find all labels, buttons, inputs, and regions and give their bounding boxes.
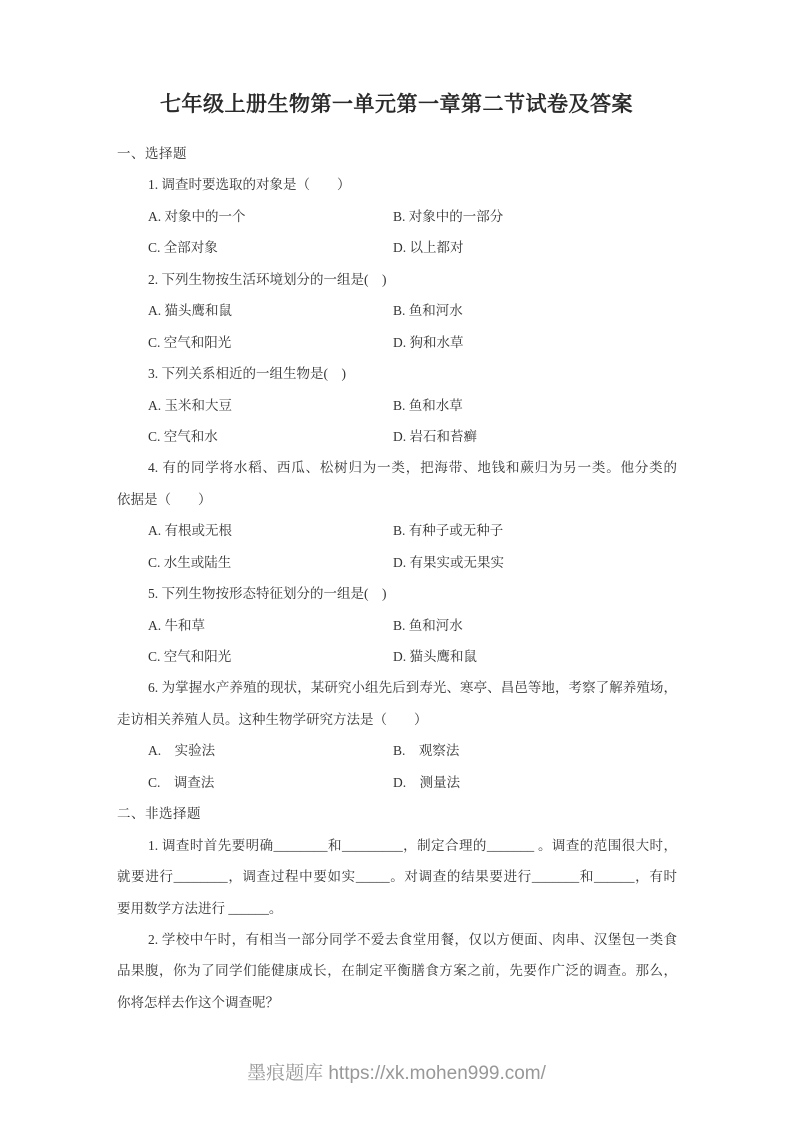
q2-option-b: B. 鱼和河水 [393,295,677,326]
q5-options-ab: A. 牛和草 B. 鱼和河水 [117,610,677,641]
s2-q1-line3: 要用数学方法进行 ______。 [117,893,677,924]
q4-option-d: D. 有果实或无果实 [393,547,677,578]
q2-option-c: C. 空气和阳光 [148,327,393,358]
q1-options-cd: C. 全部对象 D. 以上都对 [117,232,677,263]
q3-option-a: A. 玉米和大豆 [148,390,393,421]
q2-option-d: D. 狗和水草 [393,327,677,358]
q5-option-c: C. 空气和阳光 [148,641,393,672]
page-title: 七年级上册生物第一单元第一章第二节试卷及答案 [0,88,793,120]
q3-option-c: C. 空气和水 [148,421,393,452]
q5-option-d: D. 猫头鹰和鼠 [393,641,677,672]
s2-q1-line1: 1. 调查时首先要明确________和_________，制定合理的_____… [117,830,677,861]
q3-option-b: B. 鱼和水草 [393,390,677,421]
q3-options-ab: A. 玉米和大豆 B. 鱼和水草 [117,390,677,421]
s2-q1-line2: 就要进行________，调查过程中要如实_____。对调查的结果要进行____… [117,861,677,892]
q2-options-ab: A. 猫头鹰和鼠 B. 鱼和河水 [117,295,677,326]
q6-stem-line1: 6. 为掌握水产养殖的现状，某研究小组先后到寿光、寒亭、昌邑等地，考察了解养殖场… [117,672,677,703]
q5-option-a: A. 牛和草 [148,610,393,641]
q2-stem: 2. 下列生物按生活环境划分的一组是( ) [117,264,677,295]
q1-option-a: A. 对象中的一个 [148,201,393,232]
q4-options-cd: C. 水生或陆生 D. 有果实或无果实 [117,547,677,578]
s2-q2-line3: 你将怎样去作这个调查呢？ [117,987,677,1018]
exam-content: 一、选择题 1. 调查时要选取的对象是（ ） A. 对象中的一个 B. 对象中的… [117,138,677,1018]
s2-q2-line1: 2. 学校中午时，有相当一部分同学不爱去食堂用餐，仅以方便面、肉串、汉堡包一类食 [117,924,677,955]
q6-option-b: B. 观察法 [393,735,677,766]
q1-stem: 1. 调查时要选取的对象是（ ） [117,169,677,200]
q1-options-ab: A. 对象中的一个 B. 对象中的一部分 [117,201,677,232]
q4-option-c: C. 水生或陆生 [148,547,393,578]
q4-stem-line1: 4. 有的同学将水稻、西瓜、松树归为一类，把海带、地钱和蕨归为另一类。他分类的 [117,452,677,483]
q4-option-a: A. 有根或无根 [148,515,393,546]
section1-header: 一、选择题 [117,138,677,169]
q6-option-a: A. 实验法 [148,735,393,766]
q4-options-ab: A. 有根或无根 B. 有种子或无种子 [117,515,677,546]
q1-option-c: C. 全部对象 [148,232,393,263]
q2-option-a: A. 猫头鹰和鼠 [148,295,393,326]
q3-stem: 3. 下列关系相近的一组生物是( ) [117,358,677,389]
q6-option-c: C. 调查法 [148,767,393,798]
q6-options-cd: C. 调查法 D. 测量法 [117,767,677,798]
q6-stem-line2: 走访相关养殖人员。这种生物学研究方法是（ ） [117,704,677,735]
q1-option-b: B. 对象中的一部分 [393,201,677,232]
q2-options-cd: C. 空气和阳光 D. 狗和水草 [117,327,677,358]
q6-option-d: D. 测量法 [393,767,677,798]
q3-option-d: D. 岩石和苔癣 [393,421,677,452]
q1-option-d: D. 以上都对 [393,232,677,263]
exam-paper-page: 七年级上册生物第一单元第一章第二节试卷及答案 一、选择题 1. 调查时要选取的对… [0,0,793,1122]
footer-watermark-link[interactable]: 墨痕题库 https://xk.mohen999.com/ [0,1058,793,1090]
q4-stem-line2: 依据是（ ） [117,484,677,515]
q3-options-cd: C. 空气和水 D. 岩石和苔癣 [117,421,677,452]
q6-options-ab: A. 实验法 B. 观察法 [117,735,677,766]
section2-header: 二、非选择题 [117,798,677,829]
q5-stem: 5. 下列生物按形态特征划分的一组是( ) [117,578,677,609]
q5-option-b: B. 鱼和河水 [393,610,677,641]
q4-option-b: B. 有种子或无种子 [393,515,677,546]
q5-options-cd: C. 空气和阳光 D. 猫头鹰和鼠 [117,641,677,672]
s2-q2-line2: 品果腹，你为了同学们能健康成长，在制定平衡膳食方案之前，先要作广泛的调查。那么， [117,955,677,986]
